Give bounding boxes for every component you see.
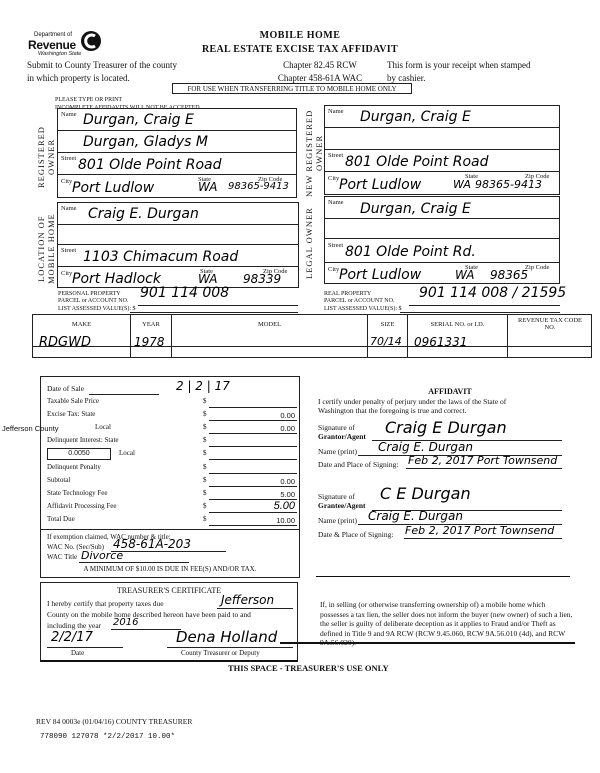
zip-value: 98365-9413 bbox=[228, 181, 289, 192]
real-assessed-underline bbox=[400, 312, 560, 313]
use-banner: FOR USE WHEN TRANSFERRING TITLE TO MOBIL… bbox=[172, 83, 412, 94]
chapter-refs: Chapter 82.45 RCW Chapter 458-61A WAC bbox=[255, 59, 385, 85]
real-assessed-field[interactable]: LIST ASSESSED VALUE(S): $ bbox=[324, 306, 402, 312]
fee-subtotal[interactable]: Subtotal$0.00 bbox=[47, 476, 297, 489]
name-field-2[interactable]: Durgan, Gladys M bbox=[58, 131, 296, 153]
wac-title-underline bbox=[79, 562, 189, 563]
new-owner-section: Name Durgan, Craig E Street 801 Olde Poi… bbox=[324, 105, 560, 195]
lien-notice: If, in selling (or otherwise transferrin… bbox=[320, 600, 575, 648]
new-owner-label: NEW REGISTERED OWNER bbox=[304, 108, 326, 198]
header-serial: SERIAL NO. or I.D. bbox=[408, 321, 507, 328]
cert-date-label: Date bbox=[71, 649, 84, 657]
city-label: City bbox=[61, 270, 72, 277]
minimum-note: A MINIMUM OF $10.00 IS DUE IN FEE(S) AND… bbox=[41, 565, 299, 573]
fee-label: Delinquent Interest: State bbox=[47, 436, 119, 444]
header-year: YEAR bbox=[131, 321, 171, 328]
fee-label: Taxable Sale Price bbox=[47, 397, 99, 405]
legal-owner-section: Name Durgan, Craig E Street 801 Olde Poi… bbox=[324, 196, 560, 284]
col-serial: SERIAL NO. or I.D. 0961331 bbox=[408, 315, 508, 357]
cert-line1: I hereby certify that property taxes due bbox=[47, 599, 164, 608]
grantor-signature-label: Signature of Grantor/Agent bbox=[318, 423, 366, 441]
header-model: MODEL bbox=[172, 321, 367, 328]
name-field-1[interactable]: Name Durgan, Craig E bbox=[325, 197, 559, 219]
cert-date[interactable]: 2/2/17 bbox=[51, 630, 93, 645]
fee-excise-state[interactable]: Excise Tax: State$0.00 bbox=[47, 410, 297, 423]
grantee-sig-label-1: Signature of bbox=[318, 492, 366, 501]
city-label: City bbox=[61, 178, 72, 185]
header-size: SIZE bbox=[368, 321, 407, 328]
please-type-note: PLEASE TYPE OR PRINT bbox=[55, 96, 200, 104]
legal-owner-label: LEGAL OWNER bbox=[304, 200, 326, 286]
assessed-label: LIST ASSESSED VALUE(S): $ bbox=[58, 306, 136, 312]
wac-title-label: WAC Title bbox=[47, 553, 77, 561]
registered-owner-section: Name Durgan, Craig E Durgan, Gladys M St… bbox=[57, 108, 297, 198]
fee-value: 0.00 bbox=[280, 477, 295, 486]
state-value: WA bbox=[198, 180, 217, 194]
zip-value: 98365-9413 bbox=[475, 178, 542, 191]
name-field-1[interactable]: Name Durgan, Craig E bbox=[325, 106, 559, 128]
cert-line3: including the year bbox=[47, 621, 101, 630]
col-size: SIZE 70/14 bbox=[368, 315, 408, 357]
interest-rate-box[interactable]: 0.0050 bbox=[47, 448, 111, 460]
grantee-signature[interactable]: C E Durgan bbox=[380, 484, 471, 503]
submit-note: Submit to County Treasurer of the county… bbox=[27, 59, 207, 85]
fee-interest-local[interactable]: 0.0050 Local$ bbox=[47, 449, 297, 462]
cert-county-underline bbox=[217, 608, 293, 609]
fee-delinquent-penalty[interactable]: Delinquent Penalty$ bbox=[47, 463, 297, 476]
grantee-sig-label-2: Grantee/Agent bbox=[318, 501, 366, 510]
fee-total-due[interactable]: Total Due$10.00 bbox=[47, 515, 297, 528]
street-field[interactable]: Street 801 Olde Point Road bbox=[58, 153, 296, 175]
name-field-1[interactable]: Name Craig E. Durgan bbox=[58, 203, 298, 225]
real-parcel-value: 901 114 008 / 21595 bbox=[419, 285, 566, 301]
personal-assessed-field[interactable]: LIST ASSESSED VALUE(S): $ bbox=[58, 306, 136, 312]
name-label: Name bbox=[61, 111, 77, 118]
affidavit-divider bbox=[316, 576, 570, 577]
certify-line2: Washington that the foregoing is true an… bbox=[318, 406, 598, 415]
street-value: 801 Olde Point Road bbox=[78, 157, 222, 173]
city-value: Port Ludlow bbox=[339, 267, 421, 283]
name-value: Durgan, Craig E bbox=[360, 201, 471, 217]
grantee-signature-label: Signature of Grantee/Agent bbox=[318, 492, 366, 510]
city-label: City bbox=[328, 266, 339, 273]
zip-value: 98365 bbox=[490, 268, 528, 282]
name-value: Durgan, Craig E bbox=[360, 109, 471, 125]
treasurer-signature[interactable]: Dena Holland bbox=[176, 628, 277, 646]
name-field-1[interactable]: Name Durgan, Craig E bbox=[58, 109, 296, 131]
street-value: 801 Olde Point Road bbox=[345, 154, 489, 170]
grantor-name[interactable]: Craig E. Durgan bbox=[378, 440, 473, 454]
city-label: City bbox=[328, 175, 339, 182]
state-value: WA bbox=[455, 268, 474, 282]
grantor-sig-label-2: Grantor/Agent bbox=[318, 432, 366, 441]
fee-value: 10.00 bbox=[276, 516, 295, 525]
treasurer-sig-label: County Treasurer or Deputy bbox=[181, 649, 260, 657]
street-value: 1103 Chimacum Road bbox=[83, 249, 238, 265]
fee-value: 5.00 bbox=[280, 490, 295, 499]
fee-label: Total Due bbox=[47, 515, 75, 523]
header-make: MAKE bbox=[33, 321, 130, 328]
grantor-signature[interactable]: Craig E Durgan bbox=[385, 418, 507, 437]
col-model: MODEL bbox=[172, 315, 368, 357]
form-title-line1: MOBILE HOME bbox=[0, 30, 600, 41]
registered-owner-label: REGISTERED OWNER bbox=[36, 112, 58, 202]
form-title-line2: REAL ESTATE EXCISE TAX AFFIDAVIT bbox=[0, 44, 600, 55]
grantee-date-label: Date & Place of Signing: bbox=[318, 530, 393, 539]
chapter-rcw: Chapter 82.45 RCW bbox=[255, 59, 385, 72]
header-tax-code: REVENUE TAX CODE NO. bbox=[518, 317, 582, 331]
grantee-name[interactable]: Craig E. Durgan bbox=[368, 509, 463, 523]
wac-no-underline bbox=[111, 551, 226, 552]
table-row-divider bbox=[33, 346, 591, 347]
col-make: MAKE RDGWD bbox=[33, 315, 131, 357]
receipt-note: This form is your receipt when stamped b… bbox=[387, 59, 547, 85]
affidavit-title: AFFIDAVIT bbox=[300, 387, 600, 396]
grantee-date-underline bbox=[404, 538, 562, 539]
personal-assessed-underline bbox=[130, 312, 298, 313]
fee-label: Local bbox=[95, 423, 111, 431]
cert-year[interactable]: 2016 bbox=[113, 617, 138, 628]
fee-value: 0.00 bbox=[280, 411, 295, 420]
certify-line1: I certify under penalty of perjury under… bbox=[318, 397, 598, 406]
form-id: REV 84 0003e (01/04/16) COUNTY TREASURER bbox=[36, 717, 192, 726]
fee-label: Subtotal bbox=[47, 476, 70, 484]
fee-value: 0.00 bbox=[280, 424, 295, 433]
name-value-2: Durgan, Gladys M bbox=[83, 134, 208, 150]
name-label: Name bbox=[328, 199, 344, 206]
treasurer-only-note: THIS SPACE - TREASURER'S USE ONLY bbox=[228, 663, 389, 673]
street-field[interactable]: Street 801 Olde Point Rd. bbox=[325, 239, 559, 263]
name-field-2[interactable] bbox=[58, 225, 298, 245]
grantee-name-label: Name (print) bbox=[318, 516, 357, 525]
real-parcel-underline bbox=[409, 305, 560, 306]
grantor-name-label: Name (print) bbox=[318, 447, 357, 456]
city-field[interactable]: City Port Ludlow State WA Zip Code 98365… bbox=[58, 175, 296, 198]
cert-county[interactable]: Jefferson bbox=[221, 593, 274, 607]
cert-year-underline bbox=[111, 629, 181, 630]
personal-parcel-underline bbox=[138, 305, 298, 306]
city-value: Port Ludlow bbox=[72, 180, 154, 196]
grantee-date-place[interactable]: Feb 2, 2017 Port Townsend bbox=[405, 524, 554, 537]
state-value: WA bbox=[198, 272, 217, 286]
street-label: Street bbox=[61, 247, 76, 254]
fee-label: Delinquent Penalty bbox=[47, 463, 101, 471]
fee-label: Local bbox=[119, 449, 135, 457]
grantor-date-label: Date and Place of Signing: bbox=[318, 460, 398, 469]
mobile-home-table: MAKE RDGWD YEAR 1978 MODEL SIZE 70/14 SE… bbox=[32, 314, 592, 358]
location-label: LOCATION OF MOBILE HOME bbox=[36, 206, 58, 292]
date-of-sale-label: Date of Sale bbox=[47, 384, 84, 393]
personal-parcel-value: 901 114 008 bbox=[140, 285, 229, 301]
receipt-stamp: 778090 127078 *2/2/2017 10.00* bbox=[40, 733, 175, 741]
wac-no-value[interactable]: 458-61A-203 bbox=[113, 537, 191, 551]
zip-label: Zip Code bbox=[525, 264, 549, 271]
street-field[interactable]: Street 1103 Chimacum Road bbox=[58, 245, 298, 267]
name-label: Name bbox=[61, 205, 77, 212]
street-label: Street bbox=[328, 242, 343, 249]
grantor-sig-label-1: Signature of bbox=[318, 423, 366, 432]
cert-line2: County on the mobile home described here… bbox=[47, 610, 251, 619]
affidavit-certify: I certify under penalty of perjury under… bbox=[318, 397, 598, 415]
name-label: Name bbox=[328, 108, 344, 115]
city-field[interactable]: City Port Ludlow State WA Zip Code 98365… bbox=[325, 172, 559, 195]
col-year: YEAR 1978 bbox=[131, 315, 172, 357]
name-value: Durgan, Craig E bbox=[83, 112, 194, 128]
notice-bottom-rule bbox=[280, 642, 575, 644]
city-field[interactable]: City Port Ludlow State WA Zip Code 98365 bbox=[325, 263, 559, 284]
col-tax-code: REVENUE TAX CODE NO. bbox=[508, 315, 592, 357]
street-label: Street bbox=[328, 152, 343, 159]
name-field-2[interactable] bbox=[325, 128, 559, 150]
name-value: Craig E. Durgan bbox=[88, 206, 199, 222]
cell-make[interactable]: RDGWD bbox=[39, 335, 91, 350]
fees-section: Date of Sale 2 | 2 | 17 Taxable Sale Pri… bbox=[40, 376, 300, 578]
grantor-date-place[interactable]: Feb 2, 2017 Port Townsend bbox=[408, 454, 557, 467]
treasurer-sig-underline bbox=[167, 647, 293, 648]
street-value: 801 Olde Point Rd. bbox=[345, 244, 476, 260]
street-label: Street bbox=[61, 155, 76, 162]
fee-label: Excise Tax: State bbox=[47, 410, 95, 418]
state-value: WA bbox=[453, 178, 471, 191]
fee-excise-local[interactable]: Local$0.00 bbox=[47, 423, 297, 436]
wac-title-value[interactable]: Divorce bbox=[81, 549, 123, 562]
fee-label: State Technology Fee bbox=[47, 489, 107, 497]
receipt-note-line1: This form is your receipt when stamped bbox=[387, 59, 547, 72]
name-field-2[interactable] bbox=[325, 219, 559, 239]
submit-note-line1: Submit to County Treasurer of the county bbox=[27, 59, 207, 72]
fee-taxable-sale-price[interactable]: Taxable Sale Price$ bbox=[47, 397, 297, 410]
date-of-sale-value[interactable]: 2 | 2 | 17 bbox=[176, 379, 230, 393]
fee-state-technology[interactable]: State Technology Fee$5.00 bbox=[47, 489, 297, 502]
location-section: Name Craig E. Durgan Street 1103 Chimacu… bbox=[57, 202, 299, 288]
date-of-sale-underline bbox=[89, 394, 159, 395]
zip-value: 98339 bbox=[243, 272, 281, 286]
fees-divider bbox=[41, 529, 299, 530]
grantor-date-underline bbox=[406, 468, 562, 469]
fee-value: 5.00 bbox=[274, 500, 295, 512]
treasurer-certificate: TREASURER'S CERTIFICATE I hereby certify… bbox=[40, 582, 298, 662]
fee-affidavit-processing[interactable]: Affidavit Processing Fee$5.00 bbox=[47, 502, 297, 515]
street-field[interactable]: Street 801 Olde Point Road bbox=[325, 150, 559, 172]
city-value: Port Ludlow bbox=[339, 177, 421, 193]
cert-date-underline bbox=[47, 647, 123, 648]
fee-label: Affidavit Processing Fee bbox=[47, 502, 116, 510]
assessed-label: LIST ASSESSED VALUE(S): $ bbox=[324, 306, 402, 312]
